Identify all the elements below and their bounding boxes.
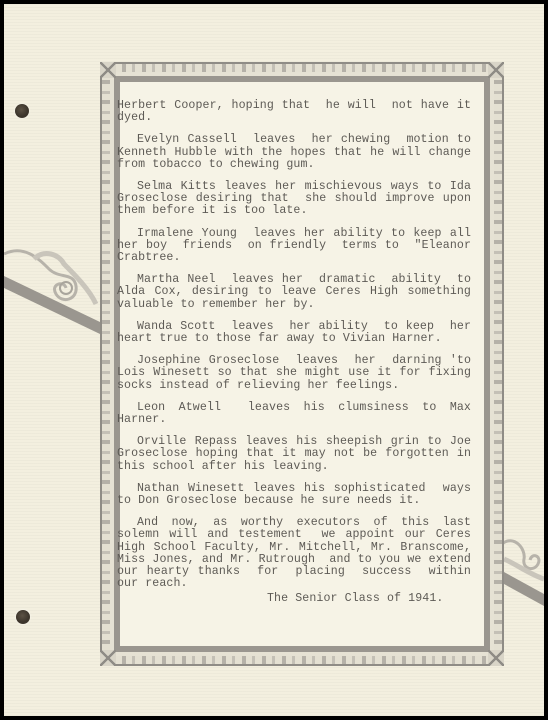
paragraph-herbert-cooper: Herbert Cooper, hoping that he will not … <box>117 100 471 124</box>
paragraph-josephine-groseclose: Josephine Groseclose leaves her darning … <box>117 355 471 392</box>
paragraph-leon-atwell: Leon Atwell leaves his clumsiness to Max… <box>117 402 471 426</box>
scroll-right-icon <box>502 541 544 606</box>
paragraph-nathan-winesett: Nathan Winesett leaves his sophisticated… <box>117 483 471 507</box>
binder-hole-bottom <box>16 610 30 624</box>
scroll-left-icon <box>4 251 100 334</box>
binder-hole-top <box>15 104 29 118</box>
paragraph-irmalene-young: Irmalene Young leaves her ability to kee… <box>117 228 471 265</box>
corner-ornament-icon <box>100 62 116 78</box>
paragraph-wanda-scott: Wanda Scott leaves her ability to keep h… <box>117 321 471 345</box>
corner-ornament-icon <box>100 650 116 666</box>
yearbook-page: Herbert Cooper, hoping that he will not … <box>4 4 544 716</box>
signature: The Senior Class of 1941. <box>117 593 471 605</box>
paragraph-martha-neel: Martha Neel leaves her dramatic ability … <box>117 274 471 311</box>
paragraph-evelyn-cassell: Evelyn Cassell leaves her chewing motion… <box>117 134 471 171</box>
paragraph-orville-repass: Orville Repass leaves his sheepish grin … <box>117 436 471 473</box>
class-will-text: Herbert Cooper, hoping that he will not … <box>117 100 471 605</box>
paragraph-selma-kitts: Selma Kitts leaves her mischievous ways … <box>117 181 471 218</box>
paragraph-closing: And now, as worthy executors of this las… <box>117 517 471 590</box>
corner-ornament-icon <box>488 650 504 666</box>
corner-ornament-icon <box>488 62 504 78</box>
